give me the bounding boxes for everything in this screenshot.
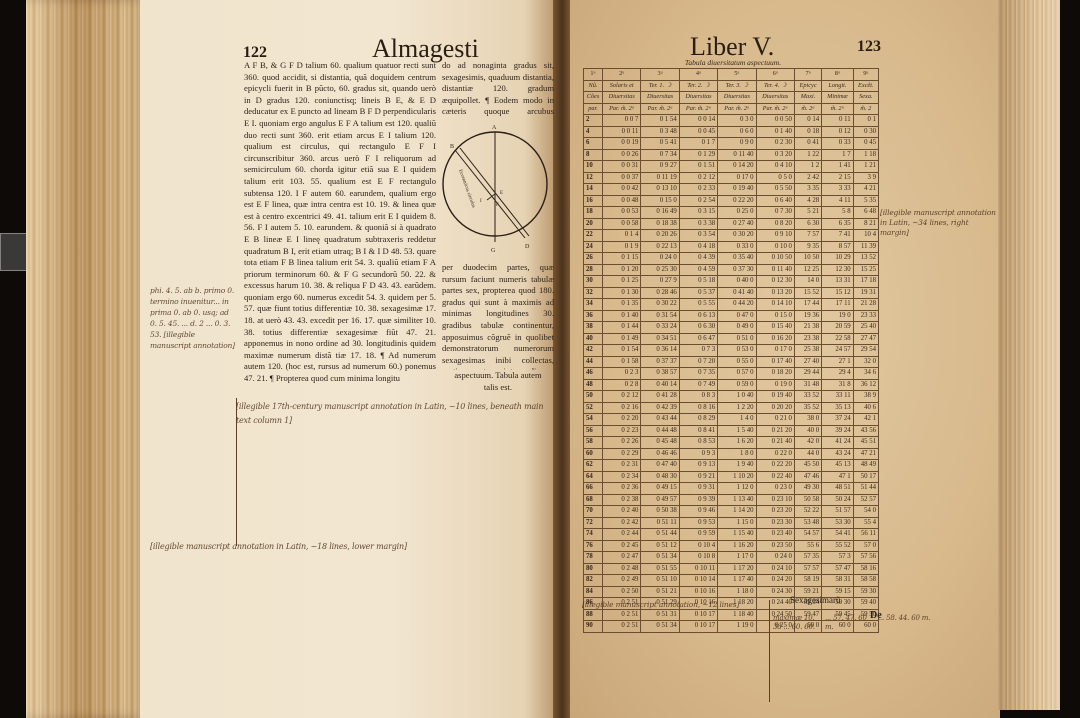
value-cell: 9 35 xyxy=(794,241,821,253)
value-cell: 0 19 40 xyxy=(756,391,794,403)
value-cell: 0 9 0 xyxy=(718,138,756,150)
header-cell: Excẽt. xyxy=(853,80,878,92)
value-cell: 8 21 xyxy=(853,218,878,230)
value-cell: 0 45 xyxy=(853,138,878,150)
value-cell: 0 1 30 xyxy=(603,287,641,299)
value-cell: 0 1 54 xyxy=(641,115,679,127)
value-cell: 0 20 20 xyxy=(756,402,794,414)
argument-cell: 28 xyxy=(584,264,603,276)
col-num: 1ᵘ xyxy=(584,69,603,81)
value-cell: 39 24 xyxy=(822,425,854,437)
value-cell: 0 24 10 xyxy=(756,563,794,575)
table-row: 640 2 340 48 300 9 211 10 200 22 4047 46… xyxy=(584,471,879,483)
argument-cell: 80 xyxy=(584,563,603,575)
label-E: E xyxy=(500,191,503,196)
value-cell: 0 3 15 xyxy=(679,207,717,219)
parallax-table: Tabula diuersitatum aspectuum. 1ᵘ 2ᵘ 3ᵘ … xyxy=(583,58,883,633)
value-cell: 1 17 0 xyxy=(718,552,756,564)
value-cell: 34 6 xyxy=(853,368,878,380)
value-cell: 53 48 xyxy=(794,517,821,529)
value-cell: 0 7 20 xyxy=(679,356,717,368)
value-cell: 0 22 13 xyxy=(641,241,679,253)
value-cell: 0 47 0 xyxy=(718,310,756,322)
bottom-margin-annotation: [illegible manuscript annotation in Lati… xyxy=(150,542,552,712)
col-num: 7ᵘ xyxy=(794,69,821,81)
value-cell: 0 2 34 xyxy=(603,471,641,483)
value-cell: 40 0 xyxy=(794,425,821,437)
value-cell: 0 1 35 xyxy=(603,299,641,311)
value-cell: 5 8 xyxy=(822,207,854,219)
value-cell: 0 2 44 xyxy=(603,529,641,541)
value-cell: 1 15 0 xyxy=(718,517,756,529)
handwritten-annotation-block: [illegible 17th-century manuscript annot… xyxy=(236,400,552,540)
table-row: 500 2 120 41 280 8 31 0 400 19 4033 5233… xyxy=(584,391,879,403)
value-cell: 0 7 49 xyxy=(679,379,717,391)
table-row: 60 0 190 5 410 1 70 9 00 2 300 410 330 4… xyxy=(584,138,879,150)
value-cell: 0 3 54 xyxy=(679,230,717,242)
value-cell: 0 1 7 xyxy=(679,138,717,150)
value-cell: 6 35 xyxy=(822,218,854,230)
value-cell: 38 0 xyxy=(794,414,821,426)
value-cell: 0 59 0 xyxy=(718,379,756,391)
argument-cell: 60 xyxy=(584,448,603,460)
value-cell: 1 10 20 xyxy=(718,471,756,483)
value-cell: 0 2 42 xyxy=(603,517,641,529)
value-cell: 32 0 xyxy=(853,356,878,368)
value-cell: 1 21 xyxy=(853,161,878,173)
value-cell: 0 20 26 xyxy=(641,230,679,242)
value-cell: 0 0 31 xyxy=(603,161,641,173)
value-cell: 0 47 40 xyxy=(641,460,679,472)
value-cell: 10 4 xyxy=(853,230,878,242)
value-cell: 0 9 31 xyxy=(679,483,717,495)
value-cell: 0 8 20 xyxy=(756,218,794,230)
value-cell: 10 50 xyxy=(794,253,821,265)
header-cell: Solaris et xyxy=(603,80,641,92)
value-cell: 0 1 44 xyxy=(603,322,641,334)
header-cell: Par. m̃. 2ᵃ xyxy=(756,103,794,115)
value-cell: 33 52 xyxy=(794,391,821,403)
value-cell: 0 41 28 xyxy=(641,391,679,403)
value-cell: 3 35 xyxy=(794,184,821,196)
table-row: 20 0 70 1 540 0 140 3 00 0 500 140 110 1 xyxy=(584,115,879,127)
value-cell: 0 15 0 xyxy=(756,310,794,322)
value-cell: 4 21 xyxy=(853,184,878,196)
argument-cell: 8 xyxy=(584,149,603,161)
value-cell: 0 1 20 xyxy=(603,264,641,276)
header-cell: Sexa. xyxy=(853,92,878,104)
value-cell: 0 15 40 xyxy=(756,322,794,334)
header-cell: Maxi. xyxy=(794,92,821,104)
value-cell: 0 10 4 xyxy=(679,540,717,552)
value-cell: 29 44 xyxy=(794,368,821,380)
argument-cell: 66 xyxy=(584,483,603,495)
argument-cell: 26 xyxy=(584,253,603,265)
value-cell: 0 0 7 xyxy=(603,115,641,127)
header-cell: Ter. 4. ☽ xyxy=(756,80,794,92)
argument-cell: 54 xyxy=(584,414,603,426)
bottom-note-3: ... 57. 47. 60 m. xyxy=(825,614,875,632)
value-cell: 47 1 xyxy=(822,471,854,483)
value-cell: 0 1 58 xyxy=(603,356,641,368)
value-cell: 0 51 55 xyxy=(641,563,679,575)
bottom-note-1: [illegible manuscript annotation, ~12 li… xyxy=(582,600,772,700)
value-cell: 0 5 18 xyxy=(679,276,717,288)
value-cell: 37 24 xyxy=(822,414,854,426)
argument-cell: 78 xyxy=(584,552,603,564)
value-cell: 24 57 xyxy=(822,345,854,357)
value-cell: 1 22 xyxy=(794,149,821,161)
value-cell: 0 21 20 xyxy=(756,425,794,437)
value-cell: 0 16 49 xyxy=(641,207,679,219)
value-cell: 1 13 40 xyxy=(718,494,756,506)
value-cell: 23 38 xyxy=(794,333,821,345)
value-cell: 0 0 11 xyxy=(603,126,641,138)
value-cell: 56 11 xyxy=(853,529,878,541)
value-cell: 1 18 0 xyxy=(718,586,756,598)
value-cell: 36 12 xyxy=(853,379,878,391)
value-cell: 59 30 xyxy=(853,586,878,598)
header-cell: Longit. xyxy=(822,80,854,92)
label-I: I xyxy=(480,199,482,204)
argument-cell: 62 xyxy=(584,460,603,472)
value-cell: 0 41 40 xyxy=(718,287,756,299)
value-cell: 12 25 xyxy=(794,264,821,276)
value-cell: 0 23 20 xyxy=(756,506,794,518)
left-page-edges xyxy=(26,0,144,718)
value-cell: 0 4 59 xyxy=(679,264,717,276)
value-cell: 19 36 xyxy=(794,310,821,322)
table-row: 480 2 80 40 140 7 490 59 00 19 031 4831 … xyxy=(584,379,879,391)
table-footer-label: Sexagesimarũ xyxy=(790,595,840,605)
value-cell: 0 2 20 xyxy=(603,414,641,426)
value-cell: 15 25 xyxy=(853,264,878,276)
value-cell: 0 1 40 xyxy=(756,126,794,138)
argument-cell: 84 xyxy=(584,586,603,598)
value-cell: 54 57 xyxy=(794,529,821,541)
right-margin-annotation: [illegible manuscript annotation in Lati… xyxy=(880,208,996,560)
value-cell: 0 2 16 xyxy=(603,402,641,414)
value-cell: 29 4 xyxy=(822,368,854,380)
value-cell: 0 16 20 xyxy=(756,333,794,345)
value-cell: 0 9 46 xyxy=(679,506,717,518)
value-cell: 0 18 xyxy=(794,126,821,138)
value-cell: 17 18 xyxy=(853,276,878,288)
value-cell: 0 11 19 xyxy=(641,172,679,184)
value-cell: 0 2 40 xyxy=(603,506,641,518)
value-cell: 0 33 xyxy=(822,138,854,150)
argument-cell: 4 xyxy=(584,126,603,138)
value-cell: 0 27 9 xyxy=(641,276,679,288)
header-row-3: par. Par. m̃. 2ᵃ Par. m̃. 2ᵃ Par. m̃. 2ᵃ… xyxy=(584,103,879,115)
value-cell: 0 14 20 xyxy=(718,161,756,173)
table-intro-caption: aspectuum. Tabula autem talis est. xyxy=(442,370,554,393)
value-cell: 1 16 20 xyxy=(718,540,756,552)
value-cell: 0 6 30 xyxy=(679,322,717,334)
table-row: 600 2 290 46 460 9 31 8 00 22 044 043 24… xyxy=(584,448,879,460)
value-cell: 0 11 xyxy=(822,115,854,127)
argument-cell: 38 xyxy=(584,322,603,334)
argument-cell: 10 xyxy=(584,161,603,173)
value-cell: 0 2 45 xyxy=(603,540,641,552)
table-row: 240 1 90 22 130 4 180 33 00 10 09 358 57… xyxy=(584,241,879,253)
value-cell: 0 2 8 xyxy=(603,379,641,391)
left-text-column-2-bottom: per duodecim partes, quæ rursum faciunt … xyxy=(442,262,554,370)
value-cell: 0 1 xyxy=(853,115,878,127)
value-cell: 0 2 36 xyxy=(603,483,641,495)
argument-cell: 32 xyxy=(584,287,603,299)
header-cell: Diuersitas xyxy=(603,92,641,104)
value-cell: 58 19 xyxy=(794,575,821,587)
table-row: 200 0 580 18 380 3 380 27 400 8 206 306 … xyxy=(584,218,879,230)
argument-cell: 6 xyxy=(584,138,603,150)
table-row: 800 2 480 51 550 10 111 17 200 24 1057 5… xyxy=(584,563,879,575)
open-book-photograph: 122 Almagesti A F B, & G F D talium 60. … xyxy=(0,0,1080,718)
value-cell: 0 49 0 xyxy=(718,322,756,334)
argument-cell: 36 xyxy=(584,310,603,322)
value-cell: 44 0 xyxy=(794,448,821,460)
header-cell: m̃. 2 xyxy=(853,103,878,115)
value-cell: 0 45 48 xyxy=(641,437,679,449)
value-cell: 0 0 58 xyxy=(603,218,641,230)
value-cell: 8 57 xyxy=(822,241,854,253)
value-cell: 0 9 39 xyxy=(679,494,717,506)
value-cell: 25 38 xyxy=(794,345,821,357)
header-row-1: Nũ. Solaris et Ter. 1. ☽ Ter. 2. ☽ Ter. … xyxy=(584,80,879,92)
value-cell: 59 40 xyxy=(853,598,878,610)
value-cell: 0 0 50 xyxy=(756,115,794,127)
value-cell: 27 47 xyxy=(853,333,878,345)
value-cell: 0 37 37 xyxy=(641,356,679,368)
table-row: 100 0 310 9 270 1 510 14 200 4 101 21 41… xyxy=(584,161,879,173)
value-cell: 0 0 53 xyxy=(603,207,641,219)
argument-cell: 20 xyxy=(584,218,603,230)
value-cell: 31 8 xyxy=(822,379,854,391)
value-cell: 0 0 14 xyxy=(679,115,717,127)
value-cell: 40 6 xyxy=(853,402,878,414)
value-cell: 42 1 xyxy=(853,414,878,426)
value-cell: 1 5 40 xyxy=(718,425,756,437)
value-cell: 0 51 10 xyxy=(641,575,679,587)
value-cell: 1 6 20 xyxy=(718,437,756,449)
value-cell: 0 38 57 xyxy=(641,368,679,380)
value-cell: 0 3 38 xyxy=(679,218,717,230)
value-cell: 0 22 20 xyxy=(718,195,756,207)
value-cell: 0 5 37 xyxy=(679,287,717,299)
value-cell: 0 44 20 xyxy=(718,299,756,311)
argument-cell: 52 xyxy=(584,402,603,414)
value-cell: 35 13 xyxy=(822,402,854,414)
value-cell: 0 51 11 xyxy=(641,517,679,529)
value-cell: 0 2 47 xyxy=(603,552,641,564)
value-cell: 1 17 40 xyxy=(718,575,756,587)
value-cell: 1 15 40 xyxy=(718,529,756,541)
value-cell: 0 9 53 xyxy=(679,517,717,529)
table-row: 780 2 470 51 340 10 81 17 00 24 057 3557… xyxy=(584,552,879,564)
value-cell: 1 4 0 xyxy=(718,414,756,426)
table-row: 320 1 300 28 460 5 370 41 400 13 2015 52… xyxy=(584,287,879,299)
value-cell: 0 24 30 xyxy=(756,586,794,598)
header-cell: Diuersitas xyxy=(679,92,717,104)
value-cell: 0 7 35 xyxy=(679,368,717,380)
table-row: 540 2 200 43 440 8 291 4 00 21 038 037 2… xyxy=(584,414,879,426)
value-cell: 0 1 15 xyxy=(603,253,641,265)
table-row: 300 1 250 27 90 5 180 40 00 12 3014 013 … xyxy=(584,276,879,288)
value-cell: 4 28 xyxy=(794,195,821,207)
value-cell: 0 55 0 xyxy=(718,356,756,368)
value-cell: 0 12 30 xyxy=(756,276,794,288)
value-cell: 0 19 40 xyxy=(718,184,756,196)
value-cell: 1 12 0 xyxy=(718,483,756,495)
header-cell: Ter. 1. ☽ xyxy=(641,80,679,92)
value-cell: 38 9 xyxy=(853,391,878,403)
value-cell: 0 19 0 xyxy=(756,379,794,391)
table-row: 700 2 400 50 380 9 461 14 200 23 2052 22… xyxy=(584,506,879,518)
table-row: 380 1 440 33 240 6 300 49 00 15 4021 382… xyxy=(584,322,879,334)
label-D: D xyxy=(525,244,530,250)
value-cell: 0 10 14 xyxy=(679,575,717,587)
value-cell: 0 2 30 xyxy=(756,138,794,150)
col-num: 4ᵘ xyxy=(679,69,717,81)
value-cell: 0 53 0 xyxy=(718,345,756,357)
value-cell: 0 51 34 xyxy=(641,552,679,564)
col-num: 2ᵘ xyxy=(603,69,641,81)
value-cell: 51 44 xyxy=(853,483,878,495)
table-row: 440 1 580 37 370 7 200 55 00 17 4027 402… xyxy=(584,356,879,368)
table-row: 580 2 260 45 480 8 531 6 200 21 4042 041… xyxy=(584,437,879,449)
value-cell: 0 9 59 xyxy=(679,529,717,541)
value-cell: 0 0 37 xyxy=(603,172,641,184)
table-row: 280 1 200 25 300 4 590 37 300 11 4012 25… xyxy=(584,264,879,276)
value-cell: 41 24 xyxy=(822,437,854,449)
value-cell: 23 33 xyxy=(853,310,878,322)
value-cell: 0 22 20 xyxy=(756,460,794,472)
value-cell: 0 1 40 xyxy=(603,310,641,322)
value-cell: 0 2 12 xyxy=(679,172,717,184)
value-cell: 0 0 26 xyxy=(603,149,641,161)
col-num: 3ᵘ xyxy=(641,69,679,81)
value-cell: 19 31 xyxy=(853,287,878,299)
argument-cell: 18 xyxy=(584,207,603,219)
argument-cell: 14 xyxy=(584,184,603,196)
value-cell: 0 9 10 xyxy=(756,230,794,242)
value-cell: 21 28 xyxy=(853,299,878,311)
left-text-column-1: A F B, & G F D talium 60. qualium quatuo… xyxy=(244,60,436,404)
header-cell: Par. m̃. 2ᵃ xyxy=(679,103,717,115)
value-cell: 47 46 xyxy=(794,471,821,483)
value-cell: 13 52 xyxy=(853,253,878,265)
right-page-edges xyxy=(998,0,1060,710)
argument-cell: 2 xyxy=(584,115,603,127)
value-cell: 0 21 40 xyxy=(756,437,794,449)
value-cell: 1 41 xyxy=(822,161,854,173)
value-cell: 27 1 xyxy=(822,356,854,368)
table-row: 340 1 350 30 220 5 550 44 200 14 1017 44… xyxy=(584,299,879,311)
col-num: 5ᵘ xyxy=(718,69,756,81)
value-cell: 0 49 57 xyxy=(641,494,679,506)
value-cell: 0 2 23 xyxy=(603,425,641,437)
value-cell: 0 6 40 xyxy=(756,195,794,207)
value-cell: 1 9 40 xyxy=(718,460,756,472)
value-cell: 0 6 47 xyxy=(679,333,717,345)
value-cell: 52 22 xyxy=(794,506,821,518)
table-row: 220 1 40 20 260 3 540 30 200 9 107 577 4… xyxy=(584,230,879,242)
left-text-column-2-top: do ad nonaginta gradus sit, sexagesimis,… xyxy=(442,60,554,120)
value-cell: 0 49 15 xyxy=(641,483,679,495)
value-cell: 0 37 30 xyxy=(718,264,756,276)
value-cell: 0 5 0 xyxy=(756,172,794,184)
value-cell: 0 14 xyxy=(794,115,821,127)
table-row: 180 0 530 16 490 3 150 25 00 7 305 215 8… xyxy=(584,207,879,219)
value-cell: 43 24 xyxy=(822,448,854,460)
value-cell: 49 30 xyxy=(794,483,821,495)
value-cell: 45 51 xyxy=(853,437,878,449)
value-cell: 0 2 31 xyxy=(603,460,641,472)
value-cell: 0 51 44 xyxy=(641,529,679,541)
header-cell: m̃. 2ᵃ xyxy=(794,103,821,115)
eccentric-circle-diagram: A B E I F G D Eccentricus circulus xyxy=(437,122,557,257)
header-cell: m̃. 2ᵃ xyxy=(822,103,854,115)
table-row: 420 1 540 36 140 7 30 53 00 17 025 3824 … xyxy=(584,345,879,357)
value-cell: 6 48 xyxy=(853,207,878,219)
value-cell: 45 50 xyxy=(794,460,821,472)
argument-cell: 42 xyxy=(584,345,603,357)
argument-cell: 74 xyxy=(584,529,603,541)
value-cell: 0 9 3 xyxy=(679,448,717,460)
table-row: 620 2 310 47 400 9 131 9 400 22 2045 504… xyxy=(584,460,879,472)
header-cell: Ter. 2. ☽ xyxy=(679,80,717,92)
argument-cell: 16 xyxy=(584,195,603,207)
value-cell: 0 25 30 xyxy=(641,264,679,276)
header-cell: Cões xyxy=(584,92,603,104)
value-cell: 0 13 10 xyxy=(641,184,679,196)
value-cell: 0 40 0 xyxy=(718,276,756,288)
value-cell: 0 41 xyxy=(794,138,821,150)
value-cell: 7 41 xyxy=(822,230,854,242)
value-cell: 29 54 xyxy=(853,345,878,357)
value-cell: 51 57 xyxy=(822,506,854,518)
value-cell: 0 22 0 xyxy=(756,448,794,460)
argument-cell: 82 xyxy=(584,575,603,587)
value-cell: 0 17 0 xyxy=(756,345,794,357)
column-number-row: 1ᵘ 2ᵘ 3ᵘ 4ᵘ 5ᵘ 6ᵘ 7ᵘ 8ᵘ 9ᵘ xyxy=(584,69,879,81)
table-row: 160 0 480 15 00 2 540 22 200 6 404 284 1… xyxy=(584,195,879,207)
value-cell: 0 11 40 xyxy=(718,149,756,161)
value-cell: 0 2 12 xyxy=(603,391,641,403)
value-cell: 50 24 xyxy=(822,494,854,506)
value-cell: 0 9 27 xyxy=(641,161,679,173)
argument-cell: 40 xyxy=(584,333,603,345)
value-cell: 2 15 xyxy=(822,172,854,184)
value-cell: 0 9 13 xyxy=(679,460,717,472)
value-cell: 15 52 xyxy=(794,287,821,299)
value-cell: 0 28 46 xyxy=(641,287,679,299)
value-cell: 0 2 50 xyxy=(603,586,641,598)
value-cell: 0 23 30 xyxy=(756,517,794,529)
value-cell: 0 3 20 xyxy=(756,149,794,161)
value-cell: 0 10 50 xyxy=(756,253,794,265)
table-row: 360 1 400 31 540 6 130 47 00 15 019 3619… xyxy=(584,310,879,322)
value-cell: 43 56 xyxy=(853,425,878,437)
header-cell: Par. m̃. 2ᵃ xyxy=(603,103,641,115)
value-cell: 0 1 51 xyxy=(679,161,717,173)
table-row: 560 2 230 44 480 8 411 5 400 21 2040 039… xyxy=(584,425,879,437)
header-row-2: Cões Diuersitas Diuersitas Diuersitas Di… xyxy=(584,92,879,104)
value-cell: 3 33 xyxy=(822,184,854,196)
value-cell: 0 31 54 xyxy=(641,310,679,322)
value-cell: 0 6 13 xyxy=(679,310,717,322)
value-cell: 0 35 40 xyxy=(718,253,756,265)
